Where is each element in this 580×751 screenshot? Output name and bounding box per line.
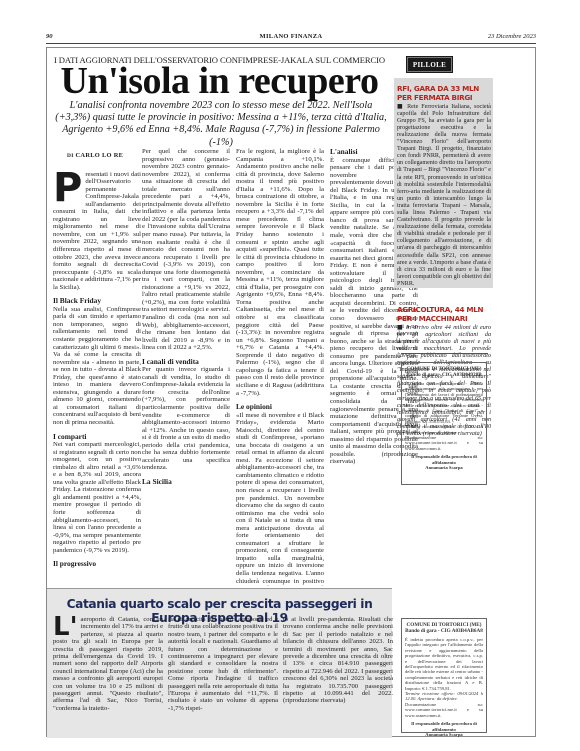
box-dropcap: L'	[53, 617, 78, 637]
notice-docs: Documentazione su: www.comune.tortorici.…	[405, 702, 483, 718]
bullet-square-icon: ■	[397, 103, 404, 110]
section-text: Per quel che concerne il progressivo ann…	[142, 148, 230, 352]
notice-signature-role: Il responsabile della procedura di affid…	[405, 454, 483, 465]
notice-signature-name: Annamaria Scarpa	[405, 732, 483, 737]
notice-body: È indetta procedura aperta c.o.p.v., per…	[405, 637, 483, 691]
notice-deadline: Termine ricezione offerte: 03/01/2024 h …	[405, 424, 483, 435]
article-column-2: Per quel che concerne il progressivo ann…	[142, 148, 230, 586]
article-headline: Un'isola in recupero	[47, 62, 392, 102]
article-deck: L'analisi confronta novembre 2023 con lo…	[51, 100, 391, 149]
section-heading: Le opinioni	[236, 403, 324, 412]
notice-subtitle: Bando di gara - CIG A03B04928B	[405, 372, 483, 378]
article-column-3: Fra le regioni, la migliore è la Campani…	[236, 148, 324, 586]
pill-title: RFI, GARA DA 33 MLN PER FERMATA BIRGI	[397, 85, 491, 103]
section-heading: La Sicilia	[142, 478, 230, 487]
notice-docs: Documentazione su: www.comune.tortorici.…	[405, 435, 483, 451]
box-column-2: ria di crescita del nostro aeroporto ed …	[168, 616, 278, 712]
section-text: Nella sua analisi, Confimprese parla di …	[53, 306, 141, 427]
masthead: MILANO FINANZA	[46, 33, 536, 40]
main-article: I DATI AGGIORNATI DELL'OSSERVATORIO CONF…	[47, 48, 392, 588]
pill-item-rfi: RFI, GARA DA 33 MLN PER FERMATA BIRGI ■ …	[397, 85, 491, 288]
notice-body: È indetta procedura aperta - offerta eco…	[405, 381, 483, 424]
box-column-1: L' aeroporto di Catania, con un incremen…	[53, 616, 163, 712]
byline: DI CARLO LO RE	[67, 152, 141, 161]
article-column-1: DI CARLO LO RE P resentati i nuovi dati …	[53, 152, 141, 569]
section-heading: I canali di vendita	[142, 358, 230, 367]
pill-body: ■ Rete Ferroviaria Italiana, società cap…	[397, 103, 491, 288]
section-heading: Il Black Friday	[53, 297, 141, 306]
catania-box: Catania quarto scalo per crescita passeg…	[47, 588, 392, 738]
bullet-square-icon: ■	[397, 324, 404, 331]
legal-notice-2: COMUNE DI TORTORICI (ME) Bando di gara -…	[401, 618, 487, 733]
section-heading: I comparti	[53, 433, 141, 442]
notice-divider	[401, 353, 488, 354]
notice-signature-role: Il responsabile della procedura di affid…	[405, 721, 483, 732]
legal-notice-1: COMUNE DI TORTORICI (ME) Bando di gara -…	[401, 362, 487, 485]
dropcap: P	[53, 172, 82, 204]
pillole-badge: PILLOLE	[407, 57, 452, 72]
notice-deadline: Termine ricezione offerte: 09/01/2024 h …	[405, 691, 483, 702]
section-text: «Il mese di novembre e il Black Friday»,…	[236, 412, 324, 586]
page-folio: 90 MILANO FINANZA 23 Dicembre 2023	[46, 32, 536, 44]
section-text: Per quanto invece riguarda i canali di v…	[142, 366, 230, 472]
byline-author: CARLO LO RE	[76, 152, 124, 159]
notice-subtitle: Bando di gara - CIG A03B4AB6A8	[405, 628, 483, 634]
section-text: Nei vari comparti merceologici, si regis…	[53, 441, 141, 554]
notice-signature-name: Annamaria Scarpa	[405, 465, 483, 470]
section-text: Fra le regioni, la migliore è la Campani…	[236, 148, 324, 397]
section-heading: Il progressivo	[53, 560, 141, 569]
box-column-3: to ai livelli pre-pandemia. Risultati ch…	[283, 616, 393, 705]
pill-title: AGRICOLTURA, 44 MLN PER I MACCHINARI	[397, 306, 491, 324]
issue-date: 23 Dicembre 2023	[488, 33, 536, 40]
